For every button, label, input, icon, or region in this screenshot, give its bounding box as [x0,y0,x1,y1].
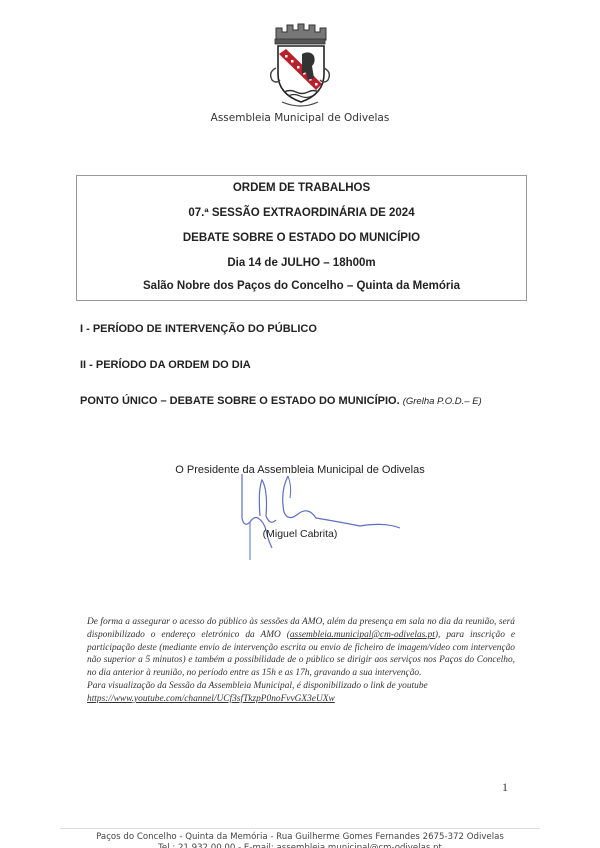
document-title: ORDEM DE TRABALHOS [77,182,526,194]
email-link[interactable]: assembleia.municipal@cm-odivelas.pt [290,630,435,640]
title-box: ORDEM DE TRABALHOS 07.ª SESSÃO EXTRAORDI… [76,175,527,301]
agenda-item-public-period: I - PERÍODO DE INTERVENÇÃO DO PÚBLICO [80,323,317,335]
footer-address: Paços do Concelho - Quinta da Memória - … [0,832,600,842]
session-title: 07.ª SESSÃO EXTRAORDINÁRIA DE 2024 [77,207,526,219]
footer-contact: Tel.: 21 932 00 00 - E-mail: assembleia.… [0,843,600,848]
president-name: (Miguel Cabrita) [0,528,600,540]
page-number: 1 [502,780,508,795]
agenda-item-order-of-day: II - PERÍODO DA ORDEM DO DIA [80,359,251,371]
session-venue: Salão Nobre dos Paços do Concelho – Quin… [77,280,526,292]
session-date: Dia 14 de JULHO – 18h00m [77,257,526,269]
single-point-text: PONTO ÚNICO – DEBATE SOBRE O ESTADO DO M… [80,395,400,407]
grid-note: (Grelha P.O.D.– E) [403,396,482,407]
assembly-name-caption: Assembleia Municipal de Odivelas [0,112,600,124]
youtube-notice: Para visualização da Sessão da Assemblei… [87,680,515,693]
handwritten-signature [220,470,410,560]
footer-divider [60,828,540,829]
coat-of-arms-logo [262,22,338,110]
youtube-link[interactable]: https://www.youtube.com/channel/UCf3sfTk… [87,694,335,704]
agenda-item-single-point: PONTO ÚNICO – DEBATE SOBRE O ESTADO DO M… [80,395,482,407]
public-access-notice: De forma a assegurar o acesso do público… [87,616,515,706]
debate-title: DEBATE SOBRE O ESTADO DO MUNICÍPIO [77,232,526,244]
